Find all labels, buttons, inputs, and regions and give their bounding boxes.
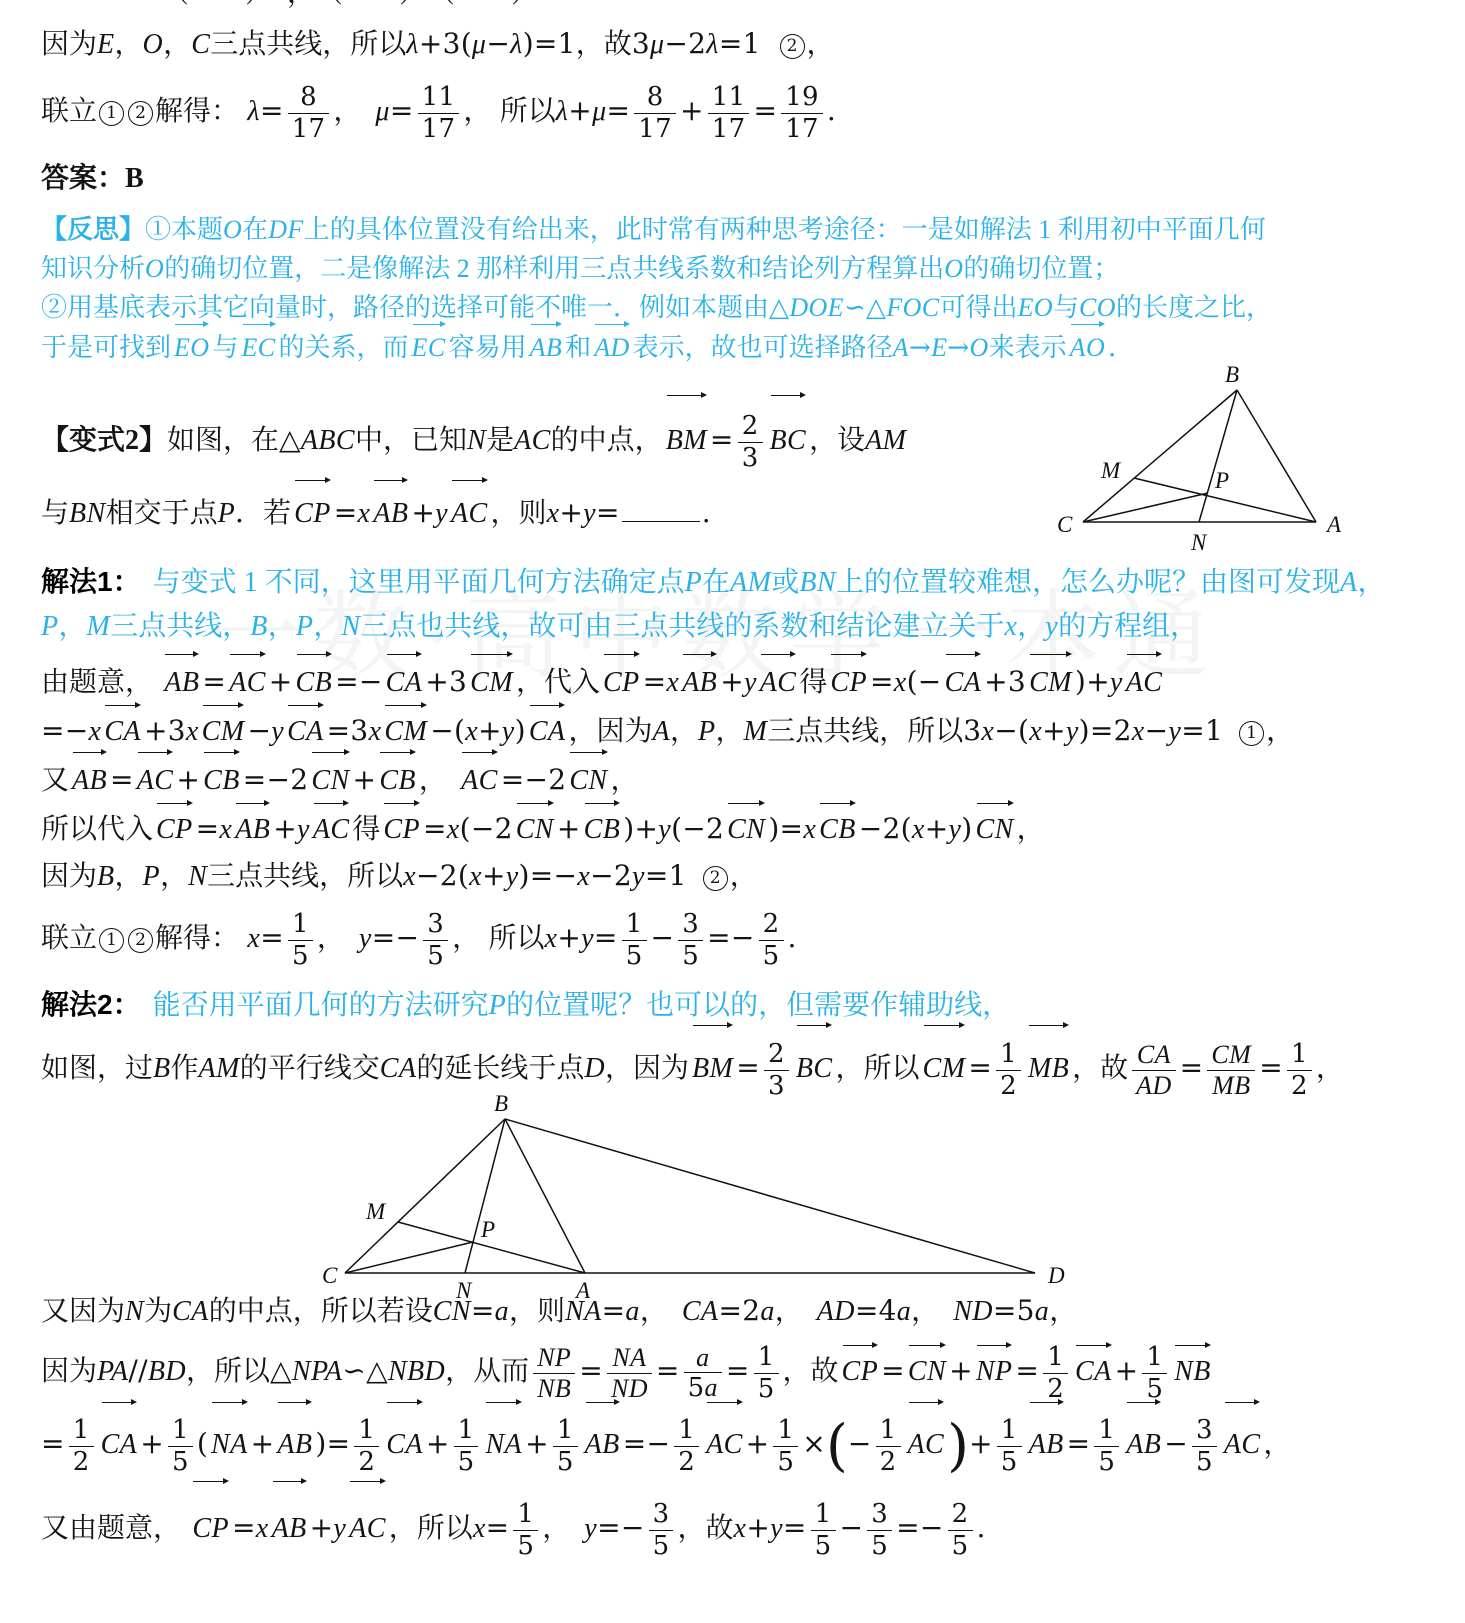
fraction: NPNB — [533, 1343, 575, 1404]
math-expression: N — [341, 611, 360, 642]
math-run: = — [486, 1511, 510, 1544]
text: 于是可找到 — [41, 333, 171, 362]
math-run: )+ — [623, 812, 658, 845]
fraction-numerator: NP — [533, 1343, 575, 1373]
math-run: 3 — [963, 714, 981, 747]
math-run: = — [423, 812, 447, 845]
fraction-denominator: 5 — [1094, 1446, 1119, 1478]
math-run: 17 — [785, 114, 819, 144]
math-run: CA — [380, 1053, 417, 1084]
math-expression: P — [685, 567, 703, 598]
vector: AB — [272, 1485, 307, 1573]
vector: EC — [242, 328, 276, 367]
math-run: CA — [172, 1296, 209, 1327]
math-run: x — [1004, 611, 1017, 642]
vector-arrow — [230, 654, 260, 655]
math-run: 3 — [632, 27, 650, 60]
math-run: BC — [796, 1053, 833, 1084]
math-run: CA — [386, 1429, 423, 1460]
math-run: 5 — [626, 941, 643, 971]
math-run: // — [128, 1354, 147, 1387]
math-run: = — [607, 94, 631, 127]
vector-arrow — [728, 803, 759, 804]
math-expression: . — [977, 1513, 986, 1544]
math-run: 1 — [678, 1415, 695, 1445]
text: 又因为 — [41, 1296, 125, 1327]
fraction: 15 — [754, 1342, 779, 1405]
math-run: + — [310, 1511, 334, 1544]
math-expression: = — [656, 1356, 680, 1387]
math-run: 1 — [1047, 1342, 1064, 1372]
math-run: )=− — [519, 859, 578, 892]
math-expression: λ+3(μ−λ)=1 — [406, 29, 576, 60]
math-expression: )+y — [1075, 667, 1123, 698]
math-run: CN — [311, 765, 349, 796]
math-run: BM — [692, 1053, 733, 1084]
math-run: x — [733, 1513, 746, 1544]
fraction: 1117 — [708, 82, 750, 145]
fraction: CAAD — [1132, 1040, 1175, 1101]
math-expression: BN — [69, 498, 106, 529]
text: 知识分析 — [41, 254, 145, 283]
fraction-numerator: 1 — [1287, 1039, 1312, 1070]
text: ，所以 — [389, 1513, 473, 1544]
fansi-line-2: 知识分析O的确切位置，二是像解法 2 那样利用三点共线系数和结论列方程算出O的确… — [41, 249, 1465, 288]
solution-label: 解法2： — [41, 989, 141, 1020]
fraction: 15 — [1094, 1415, 1119, 1478]
math-expression: = — [202, 667, 226, 698]
math-run: BM — [666, 425, 707, 456]
vector-arrow — [243, 324, 270, 325]
math-run: 2 — [1291, 1071, 1308, 1101]
math-run: −2 — [664, 27, 706, 60]
fraction-numerator: 11 — [418, 82, 460, 113]
math-run: × — [802, 1427, 826, 1460]
math-expression: 3μ−2λ=1 — [632, 29, 761, 60]
vector: CA — [1075, 1349, 1112, 1395]
math-run: x — [465, 716, 478, 747]
math-run: = — [110, 763, 134, 796]
math-run: 8 — [300, 82, 317, 112]
vector-arrow — [452, 480, 482, 481]
math-run: )+ — [1075, 665, 1110, 698]
math-run: y — [1066, 716, 1079, 747]
math-run: x — [981, 716, 994, 747]
math-run: CN — [516, 814, 554, 845]
math-run: )= — [315, 1427, 350, 1460]
vector-arrow — [278, 1402, 306, 1403]
math-run: y — [333, 1513, 346, 1544]
math-run: 17 — [422, 114, 456, 144]
vector-arrow — [595, 324, 623, 325]
vector: AC — [1224, 1406, 1261, 1484]
text: 的确切位置； — [963, 254, 1119, 283]
text: ，则 — [491, 498, 547, 529]
text: 所以代入 — [41, 814, 153, 845]
math-run: AB — [164, 667, 199, 698]
big-paren: ( — [826, 1413, 848, 1478]
math-run: AC — [229, 667, 266, 698]
vector-arrow — [1225, 1402, 1255, 1403]
math-run: FOC — [886, 293, 939, 322]
math-expression: O — [223, 215, 242, 244]
math-run: AB — [235, 814, 270, 845]
math-expression: + — [680, 96, 704, 127]
math-run: 5 — [517, 1531, 534, 1561]
math-run: AM — [199, 1053, 240, 1084]
vector: CM — [202, 709, 245, 755]
math-run: − — [848, 1427, 872, 1460]
vector: CP — [192, 1485, 229, 1573]
fraction-denominator: 17 — [781, 113, 823, 145]
vertex-label-C: C — [1057, 512, 1073, 537]
vector: AB — [164, 658, 199, 708]
vertex-label-D: D — [1047, 1263, 1065, 1288]
text: 三点共线，所以 — [207, 861, 403, 892]
fraction-denominator: 5 — [759, 940, 784, 972]
fraction: NAND — [607, 1343, 652, 1404]
math-run: = — [1180, 1051, 1204, 1084]
text: ，从而 — [445, 1356, 529, 1387]
vector-arrow — [820, 803, 850, 804]
math-run: y — [297, 814, 310, 845]
text: ，故 — [783, 1356, 839, 1387]
math-expression: N — [188, 861, 207, 892]
math-run: O — [143, 29, 164, 60]
math-expression: )+y(−2 — [623, 814, 724, 845]
math-run: A — [893, 333, 909, 362]
vertex-label-B: B — [494, 1093, 508, 1116]
math-run: AC — [1126, 667, 1163, 698]
text: ，因为 — [568, 716, 652, 747]
math-run: EC — [242, 333, 276, 362]
math-expression: O — [145, 254, 164, 283]
math-run: N — [467, 425, 486, 456]
math-run: PA — [97, 1356, 128, 1387]
text: ， — [59, 611, 87, 642]
math-run: = — [710, 423, 734, 456]
vector-arrow — [165, 654, 193, 655]
math-run: − — [486, 27, 510, 60]
math-expression: −y — [247, 716, 284, 747]
math-expression: B — [250, 611, 268, 642]
math-run: x — [1029, 716, 1042, 747]
math-run: =−2 — [501, 763, 567, 796]
math-run: CA — [287, 716, 324, 747]
fraction-numerator: 3 — [649, 1499, 674, 1530]
math-expression: + — [269, 667, 293, 698]
math-run: λ — [706, 29, 719, 60]
math-run: −( — [430, 714, 465, 747]
fraction: 12 — [69, 1415, 94, 1478]
math-line-5: 因为B，P，N三点共线，所以x−2(x+y)=−x−2y=12， — [41, 853, 1465, 900]
math-expression: = — [1180, 1053, 1204, 1084]
math-run: O — [223, 215, 242, 244]
line-solve-lambda-mu: 联立12解得：λ=817，μ=1117，所以λ+μ=817+1117=1917. — [41, 69, 1465, 154]
text: 和 — [565, 333, 591, 362]
math-run: P — [698, 716, 716, 747]
edge-CP — [1083, 493, 1208, 522]
math-run: AB — [72, 765, 107, 796]
text: ，代入 — [516, 667, 600, 698]
math-run: B — [250, 611, 268, 642]
math-run: 8 — [647, 82, 664, 112]
fraction-numerator: a — [684, 1343, 722, 1373]
math-run: 1 — [626, 909, 643, 939]
math-run: = — [260, 94, 284, 127]
math-run: CA — [386, 667, 423, 698]
math-run: △ — [270, 1354, 292, 1387]
triangle-diagram-large: BMPCNAD — [320, 1093, 1080, 1303]
text: ， — [542, 1513, 570, 1544]
math-run: CA — [1075, 1356, 1112, 1387]
math-run: 17 — [712, 114, 746, 144]
fraction-numerator: 1 — [773, 1415, 798, 1446]
vector-arrow — [380, 752, 410, 753]
text: ，所以 — [186, 1356, 270, 1387]
math-run: y — [1168, 716, 1181, 747]
vector: AB — [1126, 1406, 1161, 1484]
text: ， — [1316, 1053, 1344, 1084]
math-run: AC — [760, 667, 797, 698]
fansi-line-1: 【反思】①本题O在DF上的具体位置没有给出来，此时常有两种思考途径：一是如解法 … — [41, 210, 1465, 249]
math-run: = — [579, 1354, 603, 1387]
math-run: 5 — [815, 1531, 832, 1561]
math-run: (−2 — [460, 812, 513, 845]
math-run: CM — [1211, 1040, 1251, 1069]
math-expression: − — [840, 1513, 864, 1544]
math-run: x — [89, 716, 102, 747]
vector-arrow — [236, 803, 264, 804]
vector-arrow — [157, 803, 187, 804]
vector-arrow — [486, 1402, 516, 1403]
circled-number: 2 — [128, 928, 153, 953]
fraction-denominator: 5 — [622, 940, 647, 972]
math-expression: = — [726, 1356, 750, 1387]
fraction-numerator: 3 — [678, 909, 703, 940]
text: ， — [1263, 1429, 1291, 1460]
math-expression: =x — [196, 814, 233, 845]
math-run: CA — [1137, 1040, 1171, 1069]
text: 解得： — [155, 96, 239, 127]
math-run: CN — [976, 814, 1014, 845]
math-expression: A — [652, 716, 670, 747]
vector: AC — [1126, 658, 1163, 708]
math-run: CB — [584, 814, 621, 845]
text: 联立 — [41, 96, 97, 127]
math-run: ) — [961, 812, 972, 845]
math-run: +3 — [425, 665, 467, 698]
math-run: + — [969, 1427, 993, 1460]
math-run: AC — [908, 1429, 945, 1460]
fraction-denominator: 5 — [867, 1530, 892, 1562]
math-expression: μ= — [375, 96, 413, 127]
fraction-numerator: 1 — [811, 1499, 836, 1530]
math-expression: − — [848, 1429, 872, 1460]
math-expression: y — [1045, 611, 1058, 642]
math-run: x — [447, 814, 460, 845]
text: 能否用平面几何的方法研究 — [153, 990, 489, 1021]
math-run: y — [502, 716, 515, 747]
math-run: E — [97, 29, 115, 60]
math-expression: = — [736, 1053, 760, 1084]
math-run: (− — [907, 665, 942, 698]
math-run: P — [489, 990, 507, 1021]
text: 的中点， — [551, 425, 663, 456]
math-run: + — [251, 1427, 275, 1460]
math-line-1: 由题意，AB=AC+CB=−CA+3CM，代入CP=xAB+yAC得CP=x(−… — [41, 657, 1465, 708]
math-run: NA — [211, 1429, 248, 1460]
math-line-4: 所以代入CP=xAB+yAC得CP=x(−2CN+CB)+y(−2CN)=xCB… — [41, 806, 1465, 853]
text: 的关系，而 — [279, 333, 409, 362]
math-run: x — [358, 498, 371, 529]
vector-arrow — [288, 705, 318, 706]
math-run: N — [341, 611, 360, 642]
math-expression: +y — [411, 498, 448, 529]
math-run: = — [232, 1511, 256, 1544]
fraction-denominator: 17 — [288, 113, 330, 145]
vector-arrow — [204, 752, 234, 753]
circled-number: 1 — [99, 101, 124, 126]
text: 因为 — [41, 29, 97, 60]
math-run: 5 — [427, 941, 444, 971]
math-expression: + — [176, 765, 200, 796]
math-expression: AM — [199, 1053, 240, 1084]
vector-arrow — [977, 803, 1008, 804]
math-run: − — [247, 714, 271, 747]
fraction-numerator: CM — [1207, 1040, 1255, 1070]
math-run: . — [788, 921, 797, 954]
math-run: AB — [585, 1429, 620, 1460]
math-run: y — [506, 861, 519, 892]
math-run: 3 — [1196, 1415, 1213, 1445]
text: ， — [611, 765, 639, 796]
math-run: AB — [272, 1513, 307, 1544]
vertex-label-M: M — [365, 1199, 387, 1224]
text: 可得出 — [940, 293, 1018, 322]
fraction-numerator: 8 — [634, 82, 676, 113]
math-run: = — [390, 94, 414, 127]
math-expression: A — [1340, 567, 1358, 598]
math-run: x — [403, 861, 416, 892]
math-run: AM — [865, 425, 906, 456]
vector: NB — [1174, 1349, 1211, 1395]
text: ，设 — [809, 425, 865, 456]
document-page: 一数·高中数学一本通 （ ） ， （ ） （ ）因为E，O，C三点共线，所以λ+… — [0, 0, 1465, 1623]
fraction-numerator: 1 — [622, 909, 647, 940]
vector-arrow — [413, 324, 440, 325]
vector: CM — [470, 658, 513, 708]
bold-label: 答案：B — [41, 163, 144, 194]
math-run: 1 — [358, 1415, 375, 1445]
document-content: （ ） ， （ ） （ ）因为E，O，C三点共线，所以λ+3(μ−λ)=1，故3… — [0, 0, 1465, 1623]
text: 上的位置较难想，怎么办呢？由图可发现 — [836, 567, 1340, 598]
fraction-denominator: 3 — [738, 442, 763, 474]
math-run: + — [925, 812, 949, 845]
fraction-numerator: 1 — [997, 1415, 1022, 1446]
math-run: 3 — [682, 909, 699, 939]
math-expression: + — [969, 1429, 993, 1460]
text: ， — [1017, 814, 1045, 845]
math-run: = — [736, 1051, 760, 1084]
vector-arrow — [570, 752, 601, 753]
math-run: AO — [1070, 333, 1105, 362]
math-expression: =− — [623, 1429, 671, 1460]
math-run: 5 — [292, 941, 309, 971]
math-run: CA — [104, 716, 141, 747]
math-run: CP — [294, 498, 331, 529]
math-run: =− — [623, 1427, 671, 1460]
text: ， — [317, 923, 345, 954]
vector: AD — [594, 328, 629, 367]
vector: AC — [760, 658, 797, 708]
math-run: y — [744, 667, 757, 698]
math-run: 5 — [758, 1374, 775, 1404]
big-paren: ) — [947, 1413, 969, 1478]
math-expression: + — [426, 1429, 450, 1460]
math-run: −2 — [590, 859, 632, 892]
math-run: CP — [383, 814, 420, 845]
math-run: N — [188, 861, 207, 892]
fraction: 15 — [454, 1415, 479, 1478]
vector: AB — [373, 484, 408, 544]
math-run: a — [696, 1343, 709, 1372]
fraction: 15 — [1142, 1342, 1167, 1405]
vector-arrow — [73, 752, 101, 753]
edge-CB — [1083, 390, 1237, 522]
math-run: C — [191, 29, 210, 60]
edge-BD — [505, 1119, 1035, 1273]
fraction-denominator: 2 — [1043, 1373, 1068, 1405]
math-run: MB — [1028, 1053, 1069, 1084]
math-expression: AM — [865, 425, 906, 456]
math-run: . — [702, 496, 711, 529]
text: ， — [1266, 716, 1294, 747]
math-expression: PA//BD — [97, 1356, 186, 1387]
math-run: = — [870, 665, 894, 698]
math-run: 2 — [768, 1039, 785, 1069]
math-run: μ — [650, 29, 664, 60]
fraction-numerator: 19 — [781, 82, 823, 113]
math-run: + — [269, 665, 293, 698]
math-expression: × — [802, 1429, 826, 1460]
math-run: 1 — [880, 1415, 897, 1445]
math-run: = — [196, 812, 220, 845]
math-run: 2 — [73, 1447, 90, 1477]
vector-arrow — [374, 480, 402, 481]
math-run: 1 — [557, 1415, 574, 1445]
math-expression: B — [153, 1053, 171, 1084]
math-expression: N — [125, 1296, 144, 1327]
math-expression: +y — [273, 814, 310, 845]
math-run: 2 — [763, 909, 780, 939]
math-expression: = — [41, 1429, 65, 1460]
math-expression: + — [251, 1429, 275, 1460]
text: ，所以 — [835, 1053, 919, 1084]
vector: CN — [516, 807, 554, 853]
math-run: y — [583, 498, 596, 529]
vector: CP — [830, 658, 867, 708]
math-run: + — [1115, 1354, 1139, 1387]
text: ， — [313, 611, 341, 642]
fraction: 1917 — [781, 82, 823, 145]
math-expression: ( — [197, 1429, 208, 1460]
math-run: + — [411, 496, 435, 529]
math-expression: △ABC — [279, 425, 355, 456]
vertex-label-P: P — [1214, 468, 1229, 493]
math-expression: . — [827, 96, 836, 127]
math-run: )=1 — [523, 27, 576, 60]
